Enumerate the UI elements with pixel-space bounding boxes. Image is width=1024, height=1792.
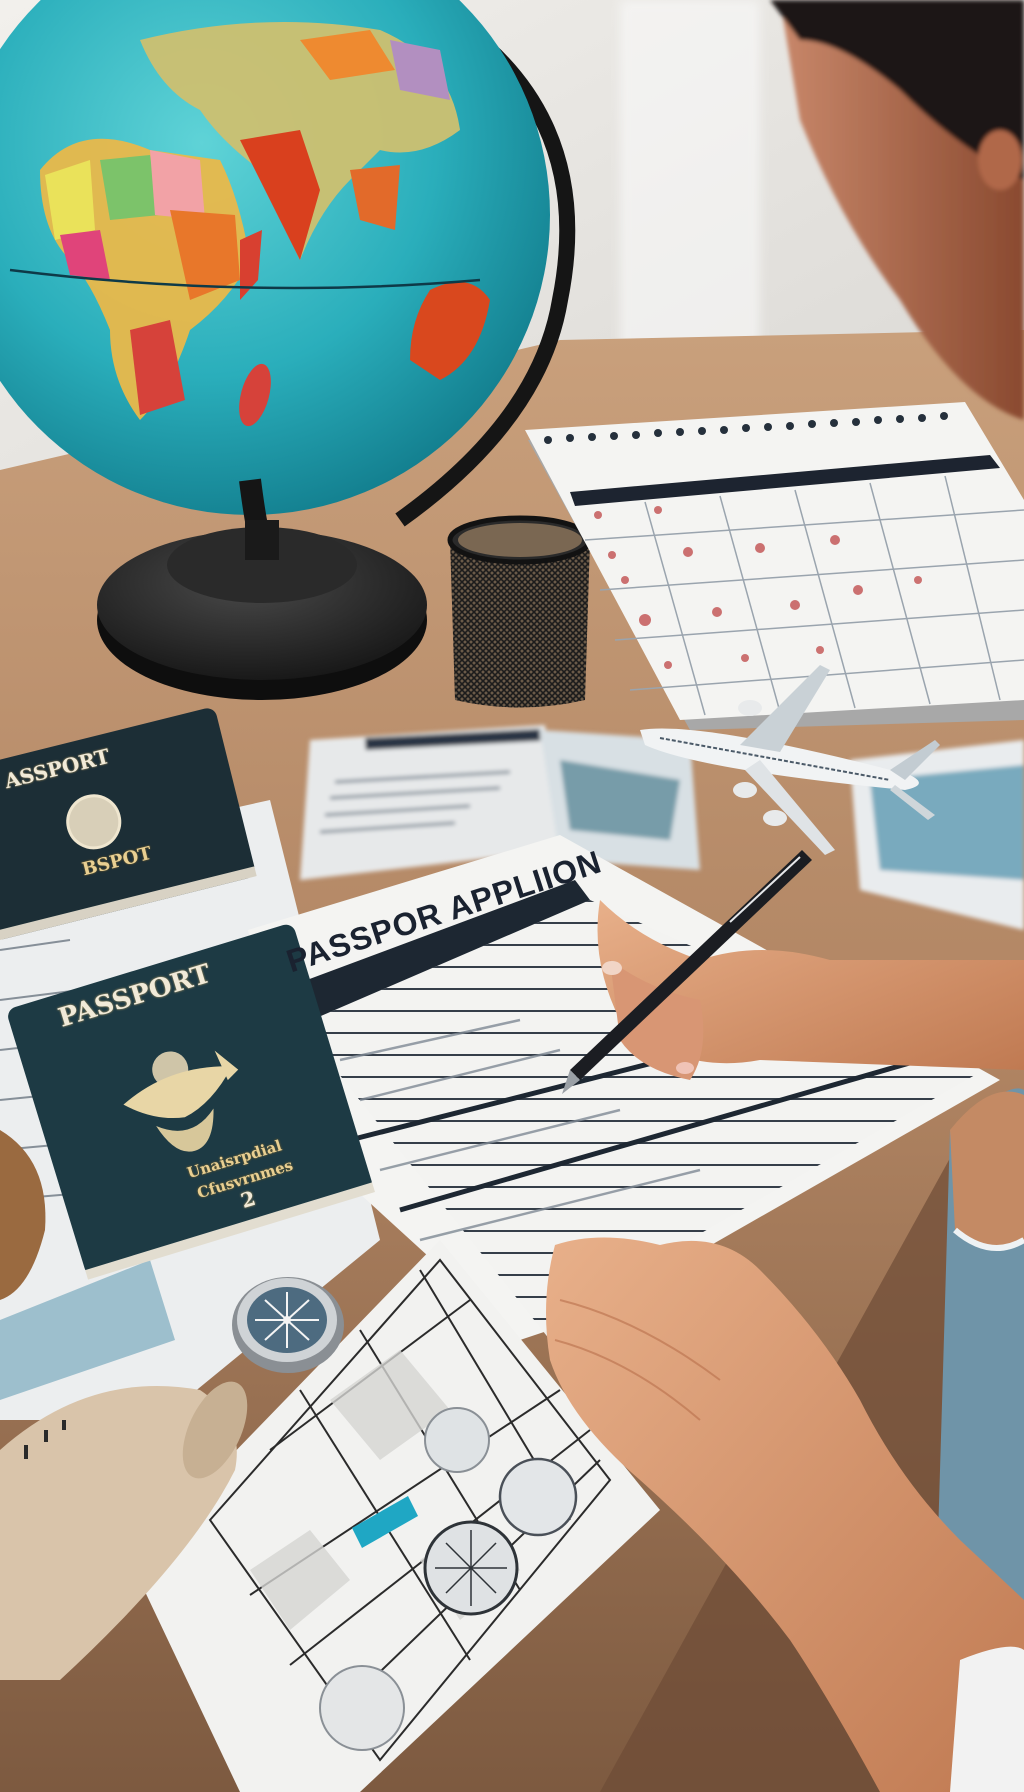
compass-icon [232, 1277, 344, 1373]
stamp-icon [425, 1408, 489, 1472]
shirt-sleeve [950, 1647, 1024, 1792]
globe-icon [0, 0, 567, 540]
stamp-icon [320, 1666, 404, 1750]
pen-holder-icon [450, 518, 590, 708]
curtain [620, 0, 760, 360]
stamp-icon [500, 1459, 576, 1535]
